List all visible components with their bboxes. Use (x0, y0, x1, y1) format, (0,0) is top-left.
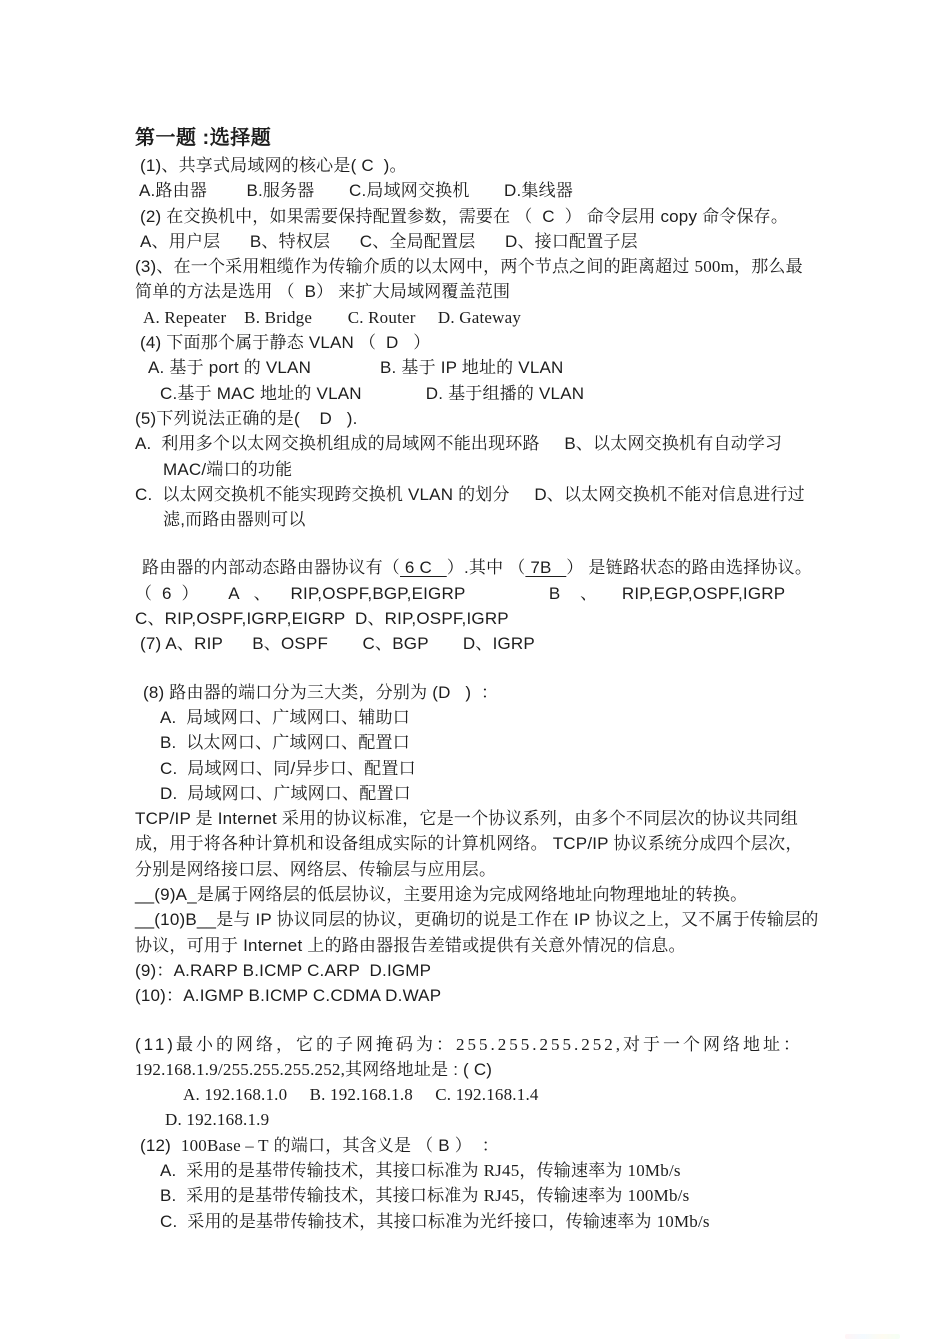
document-line: A、用户层 B、特权层 C、全局配置层 D、接口配置子层 (140, 229, 843, 254)
text-segment: A. 利用多个以太网交换机组成的局域网不能出现环路 B、以太网交换机有自动学习 (135, 434, 782, 453)
document-line: B. 以太网口、广域网口、配置口 (160, 730, 843, 755)
text-segment: 简单的方法是选用 （ B） 来扩大局域网覆盖范围 (135, 282, 510, 301)
text-segment: B. 以太网口、广域网口、配置口 (160, 733, 410, 752)
document-line: TCP/IP 是 Internet 采用的协议标准，它是一个协议系列，由多个不同… (135, 806, 843, 831)
text-segment: C. 局域网口、同/异步口、配置口 (160, 759, 416, 778)
document-line: 协议，可用于 Internet 上的路由器报告差错或提供有关意外情况的信息。 (135, 933, 843, 958)
text-segment: 滤,而路由器则可以 (163, 510, 306, 529)
text-segment: 10Mb/s (628, 1161, 681, 1180)
text-segment: __(10)B__是与 IP 协议同层的协议，更确切的说是工作在 IP 协议之上… (135, 910, 819, 929)
text-segment: (12) (140, 1136, 181, 1155)
document-line: __(9)A_是属于网络层的低层协议，主要用途为完成网络地址向物理地址的转换。 (135, 882, 843, 907)
text-segment: C、RIP,OSPF,IGRP,EIGRP D、RIP,OSPF,IGRP (135, 609, 509, 628)
document-line: A. Repeater B. Bridge C. Router D. Gatew… (143, 305, 843, 330)
text-segment: RJ45 (484, 1186, 520, 1205)
text-segment: (11)最小的网络，它的子网掩码为： (135, 1035, 456, 1054)
text-segment: 255.255.255.252, (456, 1035, 623, 1054)
document-title: 第一题 :选择题 (135, 123, 843, 153)
text-segment: A. Repeater B. Bridge C. Router D. Gatew… (143, 308, 521, 327)
text-segment: (7) A、RIP B、OSPF C、BGP D、IGRP (140, 634, 535, 653)
text-segment: ，传输速率为 (519, 1161, 627, 1180)
text-segment: __(9)A_是属于网络层的低层协议，主要用途为完成网络地址向物理地址的转换。 (135, 885, 747, 904)
document-line: C. 以太网交换机不能实现跨交换机 VLAN 的划分 D、以太网交换机不能对信息… (135, 482, 843, 507)
document-line: C. 局域网口、同/异步口、配置口 (160, 756, 843, 781)
document-line: (7) A、RIP B、OSPF C、BGP D、IGRP (140, 631, 843, 656)
document-line: （ 6 ） A 、 RIP,OSPF,BGP,EIGRP B 、 RIP,EGP… (135, 581, 843, 606)
text-segment: (8) 路由器的端口分为三大类，分别为 (D ) ： (143, 683, 498, 702)
document-line: (12) 100Base – T 的端口，其含义是 （ B ） ： (140, 1133, 843, 1158)
document-line: D. 192.168.1.9 (165, 1107, 843, 1132)
text-segment: 其网络地址是 : ( C) (345, 1060, 492, 1079)
text-segment: A. 192.168.1.0 B. 192.168.1.8 C. 192.168… (183, 1085, 539, 1104)
text-segment: D. 192.168.1.9 (165, 1110, 269, 1129)
document-line: D. 局域网口、广域网口、配置口 (160, 781, 843, 806)
text-segment: 6 C (400, 558, 447, 577)
document-line: C、RIP,OSPF,IGRP,EIGRP D、RIP,OSPF,IGRP (135, 606, 843, 631)
document-line: A.路由器 B.服务器 C.局域网交换机 D.集线器 (139, 178, 843, 203)
text-segment: A. 局域网口、广域网口、辅助口 (160, 708, 410, 727)
text-segment: ）.其中 （ (447, 558, 526, 577)
text-segment: (9)：A.RARP B.ICMP C.ARP D.IGMP (135, 961, 431, 980)
document-line: (11)最小的网络，它的子网掩码为：255.255.255.252,对于一个网络… (135, 1032, 843, 1057)
text-segment: (4) 下面那个属于静态 VLAN （ D ） (140, 333, 430, 352)
text-segment: A、用户层 B、特权层 C、全局配置层 D、接口配置子层 (140, 232, 638, 251)
text-segment: C. 采用的是基带传输技术，其接口标准为光纤接口，传输速率为 (160, 1212, 657, 1231)
text-segment: (10)：A.IGMP B.ICMP C.CDMA D.WAP (135, 986, 441, 1005)
text-segment: 的端口，其含义是 （ B ） ： (269, 1136, 499, 1155)
text-segment: TCP/IP 是 Internet 采用的协议标准，它是一个协议系列，由多个不同… (135, 809, 798, 828)
page: 第一题 :选择题 (1)、共享式局域网的核心是( C )。A.路由器 B.服务器… (0, 0, 950, 1341)
text-segment: （ 6 ） A 、 RIP,OSPF,BGP,EIGRP B 、 RIP,EGP… (135, 584, 785, 603)
document-line: A. 采用的是基带传输技术，其接口标准为 RJ45，传输速率为 10Mb/s (160, 1158, 843, 1183)
document-line: A. 利用多个以太网交换机组成的局域网不能出现环路 B、以太网交换机有自动学习 (135, 431, 843, 456)
text-segment: 分别是网络接口层、网络层、传输层与应用层。 (135, 860, 496, 879)
document-line: (4) 下面那个属于静态 VLAN （ D ） (140, 330, 843, 355)
document-body: (1)、共享式局域网的核心是( C )。A.路由器 B.服务器 C.局域网交换机… (135, 153, 843, 1234)
text-segment: 100Base – T (181, 1136, 269, 1155)
text-segment: 路由器的内部动态路由器协议有（ (142, 558, 400, 577)
document-line: 路由器的内部动态路由器协议有（ 6 C ）.其中 （ 7B ） 是链路状态的路由… (142, 555, 843, 580)
text-segment: (2) 在交换机中，如果需要保持配置参数，需要在 （ C ） 命令层用 copy… (140, 207, 788, 226)
text-segment: RJ45 (484, 1161, 520, 1180)
document-line: __(10)B__是与 IP 协议同层的协议，更确切的说是工作在 IP 协议之上… (135, 907, 843, 932)
text-segment: ，传输速率为 (519, 1186, 627, 1205)
text-segment: C. 以太网交换机不能实现跨交换机 VLAN 的划分 D、以太网交换机不能对信息… (135, 485, 805, 504)
text-segment: (1)、共享式局域网的核心是( C )。 (140, 156, 407, 175)
document-line: (3)、在一个采用粗缆作为传输介质的以太网中，两个节点之间的距离超过 500m，… (135, 254, 843, 279)
document-line: 简单的方法是选用 （ B） 来扩大局域网覆盖范围 (135, 279, 843, 304)
document-line: (8) 路由器的端口分为三大类，分别为 (D ) ： (143, 680, 843, 705)
text-segment: 协议，可用于 Internet 上的路由器报告差错或提供有关意外情况的信息。 (135, 936, 686, 955)
document-line: MAC/端口的功能 (163, 457, 843, 482)
document-line: A. 基于 port 的 VLAN B. 基于 IP 地址的 VLAN (148, 355, 843, 380)
text-segment: 10Mb/s (657, 1212, 710, 1231)
document-line: C.基于 MAC 地址的 VLAN D. 基于组播的 VLAN (160, 381, 843, 406)
text-segment: D. 局域网口、广域网口、配置口 (160, 784, 411, 803)
text-segment: 100Mb/s (628, 1186, 690, 1205)
document-line: 滤,而路由器则可以 (163, 507, 843, 532)
text-segment: 成，用于将各种计算机和设备组成实际的计算机网络。 TCP/IP 协议系统分成四个… (135, 834, 803, 853)
text-segment: 192.168.1.9/255.255.255.252, (135, 1060, 345, 1079)
document-line: 成，用于将各种计算机和设备组成实际的计算机网络。 TCP/IP 协议系统分成四个… (135, 831, 843, 856)
text-segment: A. 采用的是基带传输技术，其接口标准为 (160, 1161, 484, 1180)
document-line: (9)：A.RARP B.ICMP C.ARP D.IGMP (135, 958, 843, 983)
document-line: A. 192.168.1.0 B. 192.168.1.8 C. 192.168… (183, 1082, 843, 1107)
text-segment: A.路由器 B.服务器 C.局域网交换机 D.集线器 (139, 181, 573, 200)
text-segment: ） 是链路状态的路由选择协议。 (566, 558, 812, 577)
text-segment: MAC/端口的功能 (163, 460, 292, 479)
document-line: (5)下列说法正确的是( D ). (135, 406, 843, 431)
document: 第一题 :选择题 (1)、共享式局域网的核心是( C )。A.路由器 B.服务器… (135, 123, 843, 1234)
document-line: A. 局域网口、广域网口、辅助口 (160, 705, 843, 730)
text-segment: C.基于 MAC 地址的 VLAN D. 基于组播的 VLAN (160, 384, 584, 403)
document-line: (10)：A.IGMP B.ICMP C.CDMA D.WAP (135, 983, 843, 1008)
text-segment: ，那么最 (734, 257, 803, 276)
document-line: 分别是网络接口层、网络层、传输层与应用层。 (135, 857, 843, 882)
text-segment: 对于一个网络地址： (623, 1035, 803, 1054)
text-segment: (3)、在一个采用粗缆作为传输介质的以太网中，两个节点之间的距离超过 (135, 257, 695, 276)
document-line: (2) 在交换机中，如果需要保持配置参数，需要在 （ C ） 命令层用 copy… (140, 204, 843, 229)
text-segment: A. 基于 port 的 VLAN B. 基于 IP 地址的 VLAN (148, 358, 564, 377)
faint-watermark (845, 1334, 900, 1339)
text-segment: 500m (695, 257, 735, 276)
text-segment: B. 采用的是基带传输技术，其接口标准为 (160, 1186, 484, 1205)
text-segment: (5)下列说法正确的是( D ). (135, 409, 358, 428)
document-line: C. 采用的是基带传输技术，其接口标准为光纤接口，传输速率为 10Mb/s (160, 1209, 843, 1234)
text-segment: 7B (525, 558, 566, 577)
document-line: B. 采用的是基带传输技术，其接口标准为 RJ45，传输速率为 100Mb/s (160, 1183, 843, 1208)
document-line: (1)、共享式局域网的核心是( C )。 (140, 153, 843, 178)
document-line: 192.168.1.9/255.255.255.252,其网络地址是 : ( C… (135, 1057, 843, 1082)
